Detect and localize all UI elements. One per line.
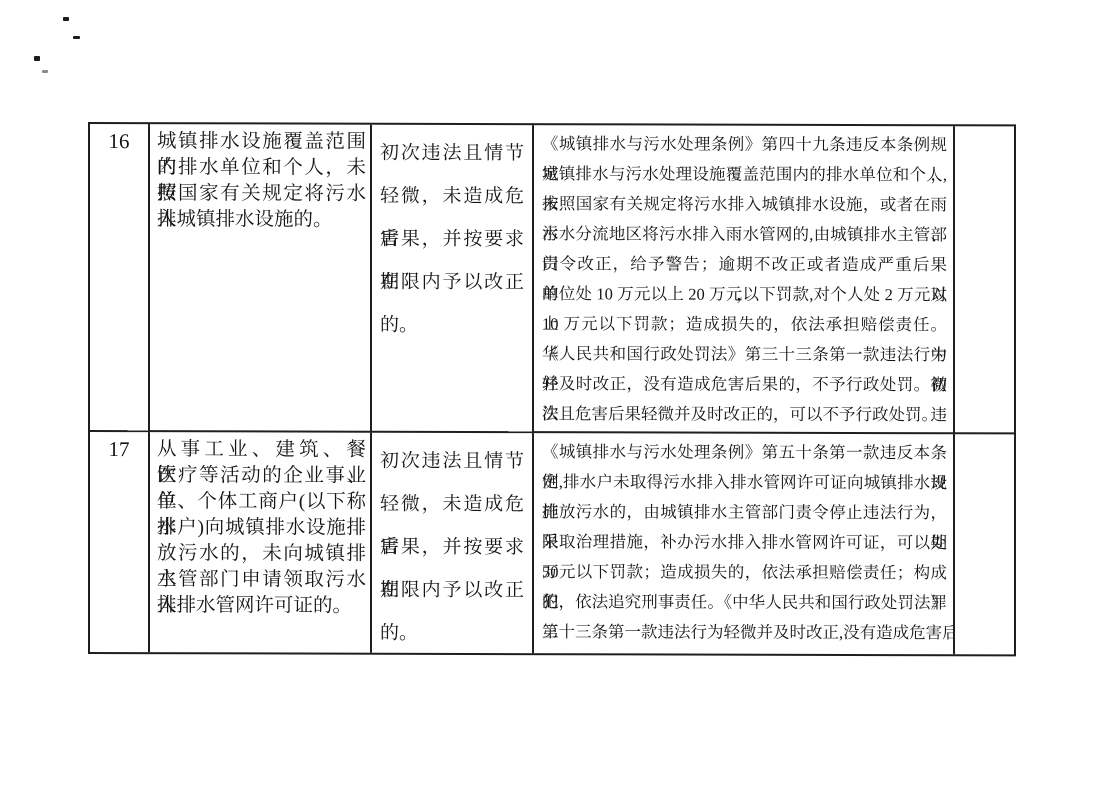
row-17-remark-cell (955, 434, 1014, 654)
text-line: 照国家有关规定将污水排 (157, 181, 366, 208)
text-line: 水户)向城镇排水设施排 (157, 515, 366, 542)
text-line: 医疗等活动的企业事业单 (157, 463, 366, 490)
text-line: 入城镇排水设施的。 (157, 207, 366, 234)
text-line: 放污水的，未向城镇排水 (157, 541, 366, 568)
row-17-condition-cell: 初次违法且情节轻微，未造成危害后果，并按要求在期限内予以改正的。 (372, 433, 534, 653)
text-line: 的。 (380, 304, 524, 347)
ink-speck (34, 56, 40, 61)
row-16-remark-cell (955, 126, 1014, 434)
text-line: 城镇排水与污水处理设施覆盖范围内的排水单位和个人,未 (542, 159, 947, 190)
text-line: 的排水单位和个人，未按 (157, 155, 366, 182)
text-line: 10 万元以下罚款；造成损失的，依法承担赔偿责任。《中 (542, 309, 947, 340)
text-line: 华人民共和国行政处罚法》第三十三条第一款违法行为轻微 (542, 339, 947, 370)
scanned-document-page: 16 城镇排水设施覆盖范围内的排水单位和个人，未按照国家有关规定将污水排入城镇排… (0, 0, 1116, 794)
text-line: 期限内予以改正 (380, 569, 524, 612)
row-16-number-cell: 16 (90, 124, 150, 432)
text-line: 初次违法且情节 (380, 440, 524, 483)
ink-speck (73, 36, 80, 39)
text-line: 单位处 10 万元以上 20 万元以下罚款,对个人处 2 万元以上 (542, 279, 947, 310)
text-line: 污水分流地区将污水排入雨水管网的,由城镇排水主管部门 (542, 219, 947, 250)
row-17-violation-cell: 从事工业、建筑、餐饮、医疗等活动的企业事业单位、个体工商户(以下称排水户)向城镇… (150, 432, 372, 653)
text-line: 法且危害后果轻微并及时改正的，可以不予行政处罚。 (542, 399, 947, 430)
text-line: 的，依法追究刑事责任。《中华人民共和国行政处罚法》第 (542, 587, 947, 618)
row-17-number-cell: 17 (90, 432, 150, 652)
penalty-table: 16 城镇排水设施覆盖范围内的排水单位和个人，未按照国家有关规定将污水排入城镇排… (88, 122, 1016, 656)
text-line: 三十三条第一款违法行为轻微并及时改正,没有造成危害后 (542, 617, 947, 648)
ink-speck (42, 70, 48, 73)
text-line: 采取治理措施，补办污水排入排水管网许可证，可以处 50 (542, 527, 947, 558)
text-line: 位、个体工商户(以下称排 (157, 489, 366, 516)
text-line: 《城镇排水与污水处理条例》第四十九条违反本条例规定， (542, 129, 947, 160)
row-17-legal-basis-cell: 《城镇排水与污水处理条例》第五十条第一款违反本条例规定,排水户未取得污水排入排水… (534, 433, 955, 654)
text-line: 初次违法且情节 (380, 132, 524, 175)
text-line: 责令改正，给予警告；逾期不改正或者造成严重后果的，对 (542, 249, 947, 280)
row-16-condition-cell: 初次违法且情节轻微，未造成危害后果，并按要求在期限内予以改正的。 (372, 125, 534, 433)
ink-speck (63, 17, 69, 21)
text-line: 后果，并按要求在 (380, 218, 524, 261)
text-line: 从事工业、建筑、餐饮、 (157, 437, 366, 464)
text-line: 主管部门申请领取污水排 (157, 567, 366, 594)
text-line: 期限内予以改正 (380, 261, 524, 304)
row-16-violation-cell: 城镇排水设施覆盖范围内的排水单位和个人，未按照国家有关规定将污水排入城镇排水设施… (150, 124, 372, 433)
text-line: 并及时改正，没有造成危害后果的，不予行政处罚。初次违 (542, 369, 947, 400)
text-line: 排放污水的，由城镇排水主管部门责令停止违法行为，限期 (542, 497, 947, 528)
text-line: 万元以下罚款；造成损失的，依法承担赔偿责任；构成犯罪 (542, 557, 947, 588)
text-line: 定,排水户未取得污水排入排水管网许可证向城镇排水设施 (542, 467, 947, 498)
text-line: 入排水管网许可证的。 (157, 593, 366, 620)
text-line: 轻微，未造成危害 (380, 483, 524, 526)
text-line: 《城镇排水与污水处理条例》第五十条第一款违反本条例规 (542, 437, 947, 468)
text-line: 轻微，未造成危害 (380, 175, 524, 218)
text-line: 后果，并按要求在 (380, 526, 524, 569)
text-line: 按照国家有关规定将污水排入城镇排水设施，或者在雨水、 (542, 189, 947, 220)
text-line: 的。 (380, 612, 524, 653)
text-line: 城镇排水设施覆盖范围内 (157, 129, 366, 156)
row-16-legal-basis-cell: 《城镇排水与污水处理条例》第四十九条违反本条例规定，城镇排水与污水处理设施覆盖范… (534, 125, 955, 434)
